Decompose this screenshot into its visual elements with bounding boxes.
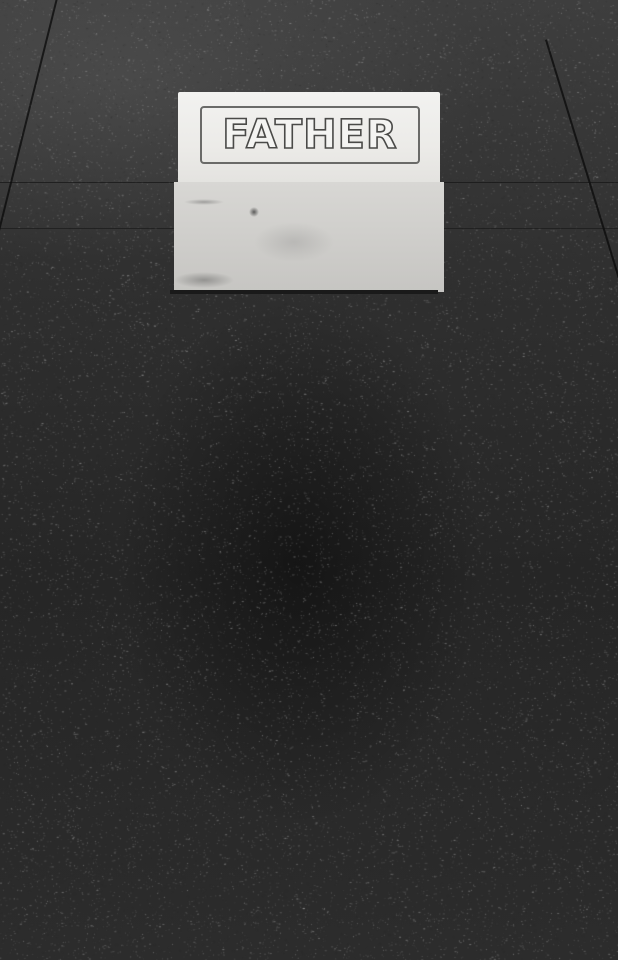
inscription-panel: FATHER: [200, 106, 420, 164]
inscription-text: FATHER: [222, 115, 397, 155]
marker-front-face: [174, 182, 444, 292]
grave-marker: FATHER: [174, 92, 444, 292]
marker-top-face: FATHER: [178, 92, 440, 182]
photograph: FATHER: [0, 0, 618, 960]
marker-base-shadow: [170, 290, 438, 294]
